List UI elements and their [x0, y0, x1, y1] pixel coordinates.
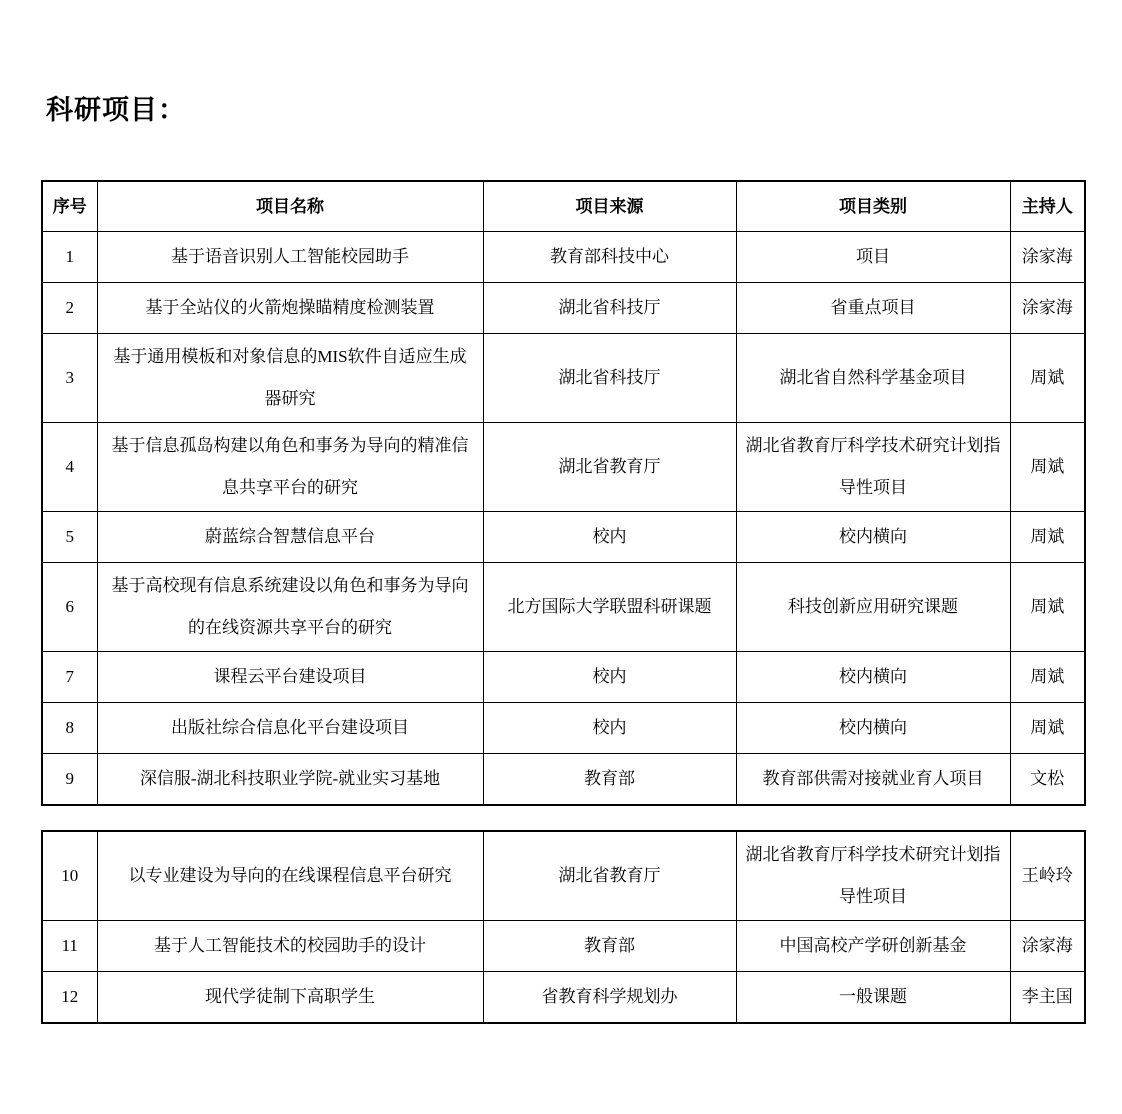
cell-name: 蔚蓝综合智慧信息平台 — [97, 512, 483, 563]
table-row: 5蔚蓝综合智慧信息平台校内校内横向周斌 — [42, 512, 1085, 563]
cell-leader: 涂家海 — [1010, 232, 1085, 283]
cell-name: 以专业建设为导向的在线课程信息平台研究 — [97, 831, 483, 921]
cell-leader: 周斌 — [1010, 512, 1085, 563]
cell-leader: 周斌 — [1010, 563, 1085, 652]
cell-source: 校内 — [483, 652, 736, 703]
cell-category: 教育部供需对接就业育人项目 — [736, 754, 1010, 806]
cell-name: 基于语音识别人工智能校园助手 — [97, 232, 483, 283]
cell-name: 基于全站仪的火箭炮操瞄精度检测装置 — [97, 283, 483, 334]
cell-source: 湖北省科技厅 — [483, 334, 736, 423]
cell-category: 一般课题 — [736, 972, 1010, 1024]
table-row: 1基于语音识别人工智能校园助手教育部科技中心项目涂家海 — [42, 232, 1085, 283]
cell-category: 中国高校产学研创新基金 — [736, 921, 1010, 972]
table-row: 4基于信息孤岛构建以角色和事务为导向的精准信息共享平台的研究湖北省教育厅湖北省教… — [42, 423, 1085, 512]
table-row: 6基于高校现有信息系统建设以角色和事务为导向的在线资源共享平台的研究北方国际大学… — [42, 563, 1085, 652]
cell-leader: 周斌 — [1010, 703, 1085, 754]
cell-source: 教育部科技中心 — [483, 232, 736, 283]
cell-name: 深信服-湖北科技职业学院-就业实习基地 — [97, 754, 483, 806]
column-header-leader: 主持人 — [1010, 181, 1085, 232]
cell-leader: 涂家海 — [1010, 283, 1085, 334]
cell-source: 湖北省教育厅 — [483, 831, 736, 921]
cell-no: 7 — [42, 652, 97, 703]
cell-no: 12 — [42, 972, 97, 1024]
header-row: 序号项目名称项目来源项目类别主持人 — [42, 181, 1085, 232]
cell-leader: 涂家海 — [1010, 921, 1085, 972]
cell-no: 6 — [42, 563, 97, 652]
cell-category: 校内横向 — [736, 512, 1010, 563]
cell-no: 3 — [42, 334, 97, 423]
cell-source: 湖北省科技厅 — [483, 283, 736, 334]
projects-table-section-1: 序号项目名称项目来源项目类别主持人1基于语音识别人工智能校园助手教育部科技中心项… — [41, 180, 1086, 806]
table-row: 12现代学徒制下高职学生省教育科学规划办一般课题李主国 — [42, 972, 1085, 1024]
cell-no: 5 — [42, 512, 97, 563]
cell-no: 2 — [42, 283, 97, 334]
cell-category: 校内横向 — [736, 703, 1010, 754]
document-page: 科研项目： 序号项目名称项目来源项目类别主持人1基于语音识别人工智能校园助手教育… — [0, 0, 1122, 1114]
cell-no: 1 — [42, 232, 97, 283]
cell-category: 科技创新应用研究课题 — [736, 563, 1010, 652]
table-row: 3基于通用模板和对象信息的MIS软件自适应生成器研究湖北省科技厅湖北省自然科学基… — [42, 334, 1085, 423]
cell-category: 省重点项目 — [736, 283, 1010, 334]
cell-leader: 文松 — [1010, 754, 1085, 806]
table-row: 10以专业建设为导向的在线课程信息平台研究湖北省教育厅湖北省教育厅科学技术研究计… — [42, 831, 1085, 921]
cell-source: 省教育科学规划办 — [483, 972, 736, 1024]
column-header-source: 项目来源 — [483, 181, 736, 232]
cell-category: 校内横向 — [736, 652, 1010, 703]
cell-source: 校内 — [483, 512, 736, 563]
cell-name: 基于人工智能技术的校园助手的设计 — [97, 921, 483, 972]
cell-category: 项目 — [736, 232, 1010, 283]
column-header-category: 项目类别 — [736, 181, 1010, 232]
cell-no: 9 — [42, 754, 97, 806]
cell-name: 现代学徒制下高职学生 — [97, 972, 483, 1024]
table-row: 11基于人工智能技术的校园助手的设计教育部中国高校产学研创新基金涂家海 — [42, 921, 1085, 972]
cell-source: 北方国际大学联盟科研课题 — [483, 563, 736, 652]
cell-no: 10 — [42, 831, 97, 921]
cell-no: 4 — [42, 423, 97, 512]
table-row: 8出版社综合信息化平台建设项目校内校内横向周斌 — [42, 703, 1085, 754]
cell-leader: 周斌 — [1010, 652, 1085, 703]
cell-source: 教育部 — [483, 921, 736, 972]
cell-source: 教育部 — [483, 754, 736, 806]
cell-name: 出版社综合信息化平台建设项目 — [97, 703, 483, 754]
projects-table-section-2: 10以专业建设为导向的在线课程信息平台研究湖北省教育厅湖北省教育厅科学技术研究计… — [41, 830, 1086, 1024]
cell-name: 基于信息孤岛构建以角色和事务为导向的精准信息共享平台的研究 — [97, 423, 483, 512]
cell-no: 11 — [42, 921, 97, 972]
cell-source: 湖北省教育厅 — [483, 423, 736, 512]
table-row: 2基于全站仪的火箭炮操瞄精度检测装置湖北省科技厅省重点项目涂家海 — [42, 283, 1085, 334]
cell-no: 8 — [42, 703, 97, 754]
cell-name: 基于高校现有信息系统建设以角色和事务为导向的在线资源共享平台的研究 — [97, 563, 483, 652]
column-header-no: 序号 — [42, 181, 97, 232]
cell-category: 湖北省教育厅科学技术研究计划指导性项目 — [736, 423, 1010, 512]
cell-name: 基于通用模板和对象信息的MIS软件自适应生成器研究 — [97, 334, 483, 423]
column-header-name: 项目名称 — [97, 181, 483, 232]
page-title: 科研项目： — [46, 94, 186, 126]
cell-leader: 周斌 — [1010, 423, 1085, 512]
cell-leader: 李主国 — [1010, 972, 1085, 1024]
cell-leader: 王岭玲 — [1010, 831, 1085, 921]
cell-category: 湖北省自然科学基金项目 — [736, 334, 1010, 423]
cell-leader: 周斌 — [1010, 334, 1085, 423]
cell-source: 校内 — [483, 703, 736, 754]
table-row: 7课程云平台建设项目校内校内横向周斌 — [42, 652, 1085, 703]
cell-name: 课程云平台建设项目 — [97, 652, 483, 703]
table-row: 9深信服-湖北科技职业学院-就业实习基地教育部教育部供需对接就业育人项目文松 — [42, 754, 1085, 806]
cell-category: 湖北省教育厅科学技术研究计划指导性项目 — [736, 831, 1010, 921]
